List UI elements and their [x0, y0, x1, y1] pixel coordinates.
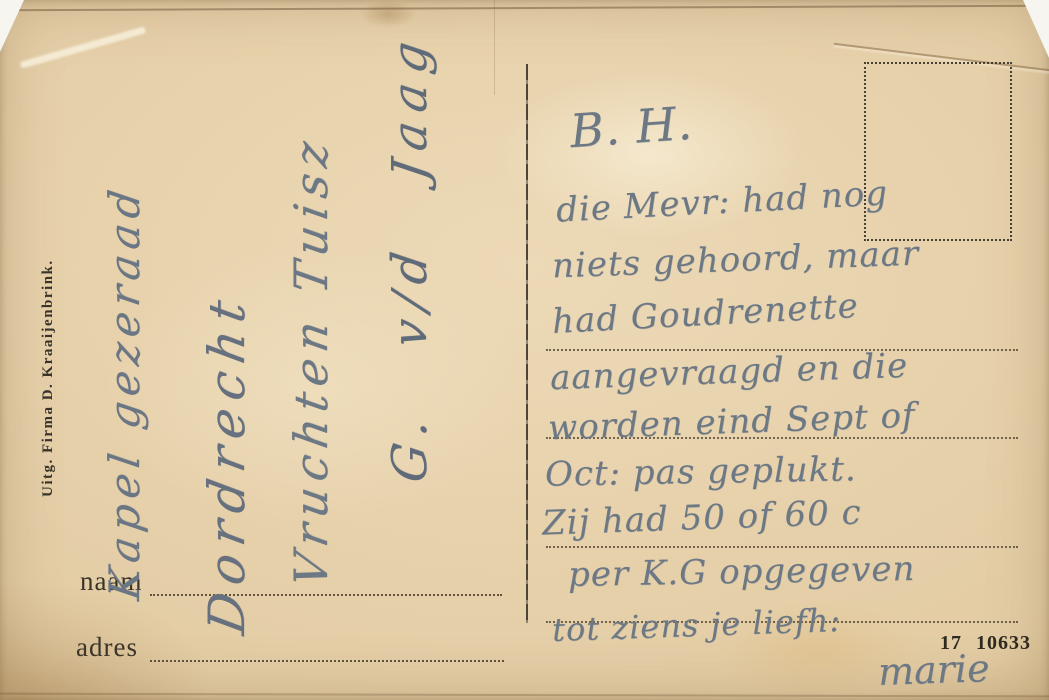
adres-label: adres	[76, 632, 138, 663]
message-line: niets gehoord, maar	[551, 234, 919, 287]
worn-spot-top-left	[20, 26, 147, 69]
message-line: aangevraagd en die	[549, 346, 908, 398]
message-line: per K.G opgegeven	[568, 549, 916, 595]
address-handwriting-line: Dordrecht	[198, 287, 256, 638]
publisher-credit: Uitg. Firma D. Kraaijenbrink.	[40, 259, 57, 497]
adres-dotted-line	[150, 660, 504, 662]
message-line: die Mevr: had nog	[555, 173, 889, 230]
center-divider-line	[526, 64, 528, 623]
worn-corner-top-left	[0, 0, 24, 52]
address-handwriting-line: Vruchten Tuisz	[284, 131, 338, 591]
worn-corner-top-right	[1023, 0, 1049, 58]
message-line: Oct: pas geplukt.	[545, 449, 857, 494]
message-salutation: B. H.	[568, 96, 694, 158]
ruled-dotted-line	[546, 546, 1018, 548]
address-handwriting-line: Kapel gezeraad	[100, 181, 149, 603]
message-line: worden eind Sept of	[547, 396, 916, 449]
stamp-box	[864, 62, 1012, 241]
message-line: Zij had 50 of 60 c	[541, 492, 862, 543]
address-handwriting-line: G. v/d Jaag	[382, 28, 438, 485]
signature: marie	[877, 646, 990, 694]
card-top-edge	[0, 5, 1049, 12]
message-line: had Goudrenette	[551, 286, 860, 342]
crease-top-center	[494, 0, 495, 95]
message-line: tot ziens je liefh:	[551, 601, 841, 649]
postcard-back: Uitg. Firma D. Kraaijenbrink. naam adres…	[0, 0, 1049, 700]
